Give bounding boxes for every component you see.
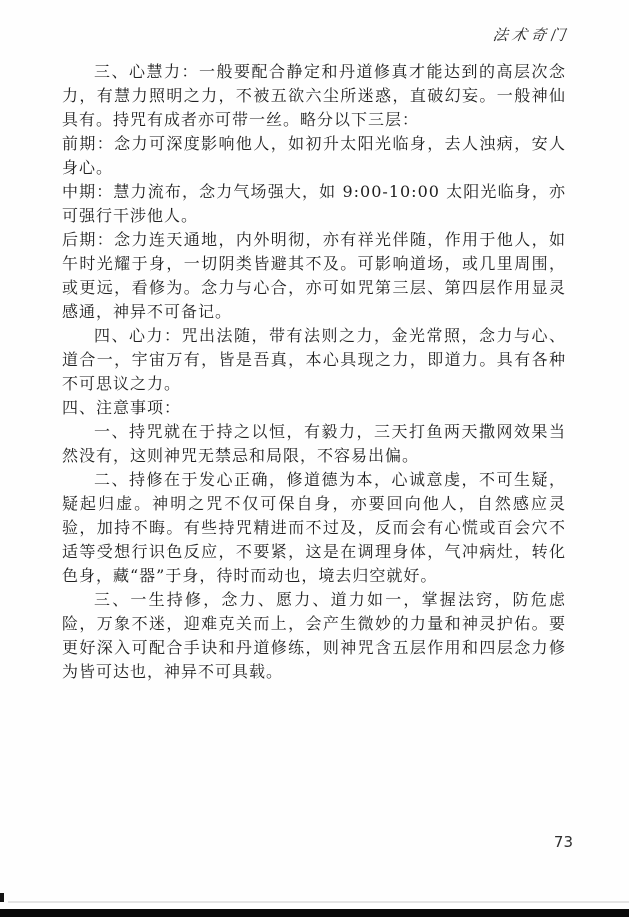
paragraph-note-1: 一、持咒就在于持之以恒，有毅力，三天打鱼两天撒网效果当然没有，这则神咒无禁忌和局… [62, 420, 566, 468]
scan-artifact-speck [0, 893, 4, 902]
body-text: 三、心慧力：一般要配合静定和丹道修真才能达到的高层次念力，有慧力照明之力，不被五… [62, 60, 566, 684]
paragraph-xin-li: 四、心力：咒出法随，带有法则之力，金光常照，念力与心、道合一，宇宙万有，皆是吾真… [62, 324, 566, 396]
scan-artifact-gray-line [8, 901, 629, 903]
paragraph-xin-hui-li: 三、心慧力：一般要配合静定和丹道修真才能达到的高层次念力，有慧力照明之力，不被五… [62, 60, 566, 132]
paragraph-zhong-qi: 中期：慧力流布，念力气场强大，如 9:00-10:00 太阳光临身，亦可强行干涉… [62, 180, 566, 228]
scan-artifact-black-bar [0, 909, 629, 917]
document-page: 法术奇门 三、心慧力：一般要配合静定和丹道修真才能达到的高层次念力，有慧力照明之… [0, 0, 629, 917]
paragraph-note-3: 三、一生持修，念力、愿力、道力如一，掌握法窍，防危虑险，万象不迷，迎难克关而上，… [62, 588, 566, 684]
page-number: 73 [554, 833, 573, 851]
page-header-title: 法术奇门 [492, 24, 571, 45]
paragraph-note-2: 二、持修在于发心正确，修道德为本，心诚意虔，不可生疑，疑起归虚。神明之咒不仅可保… [62, 468, 566, 588]
section-heading-zhuyi-shixiang: 四、注意事项： [62, 396, 566, 420]
paragraph-qian-qi: 前期：念力可深度影响他人，如初升太阳光临身，去人浊病，安人身心。 [62, 132, 566, 180]
paragraph-hou-qi: 后期：念力连天通地，内外明彻，亦有祥光伴随，作用于他人，如午时光耀于身，一切阴类… [62, 228, 566, 324]
